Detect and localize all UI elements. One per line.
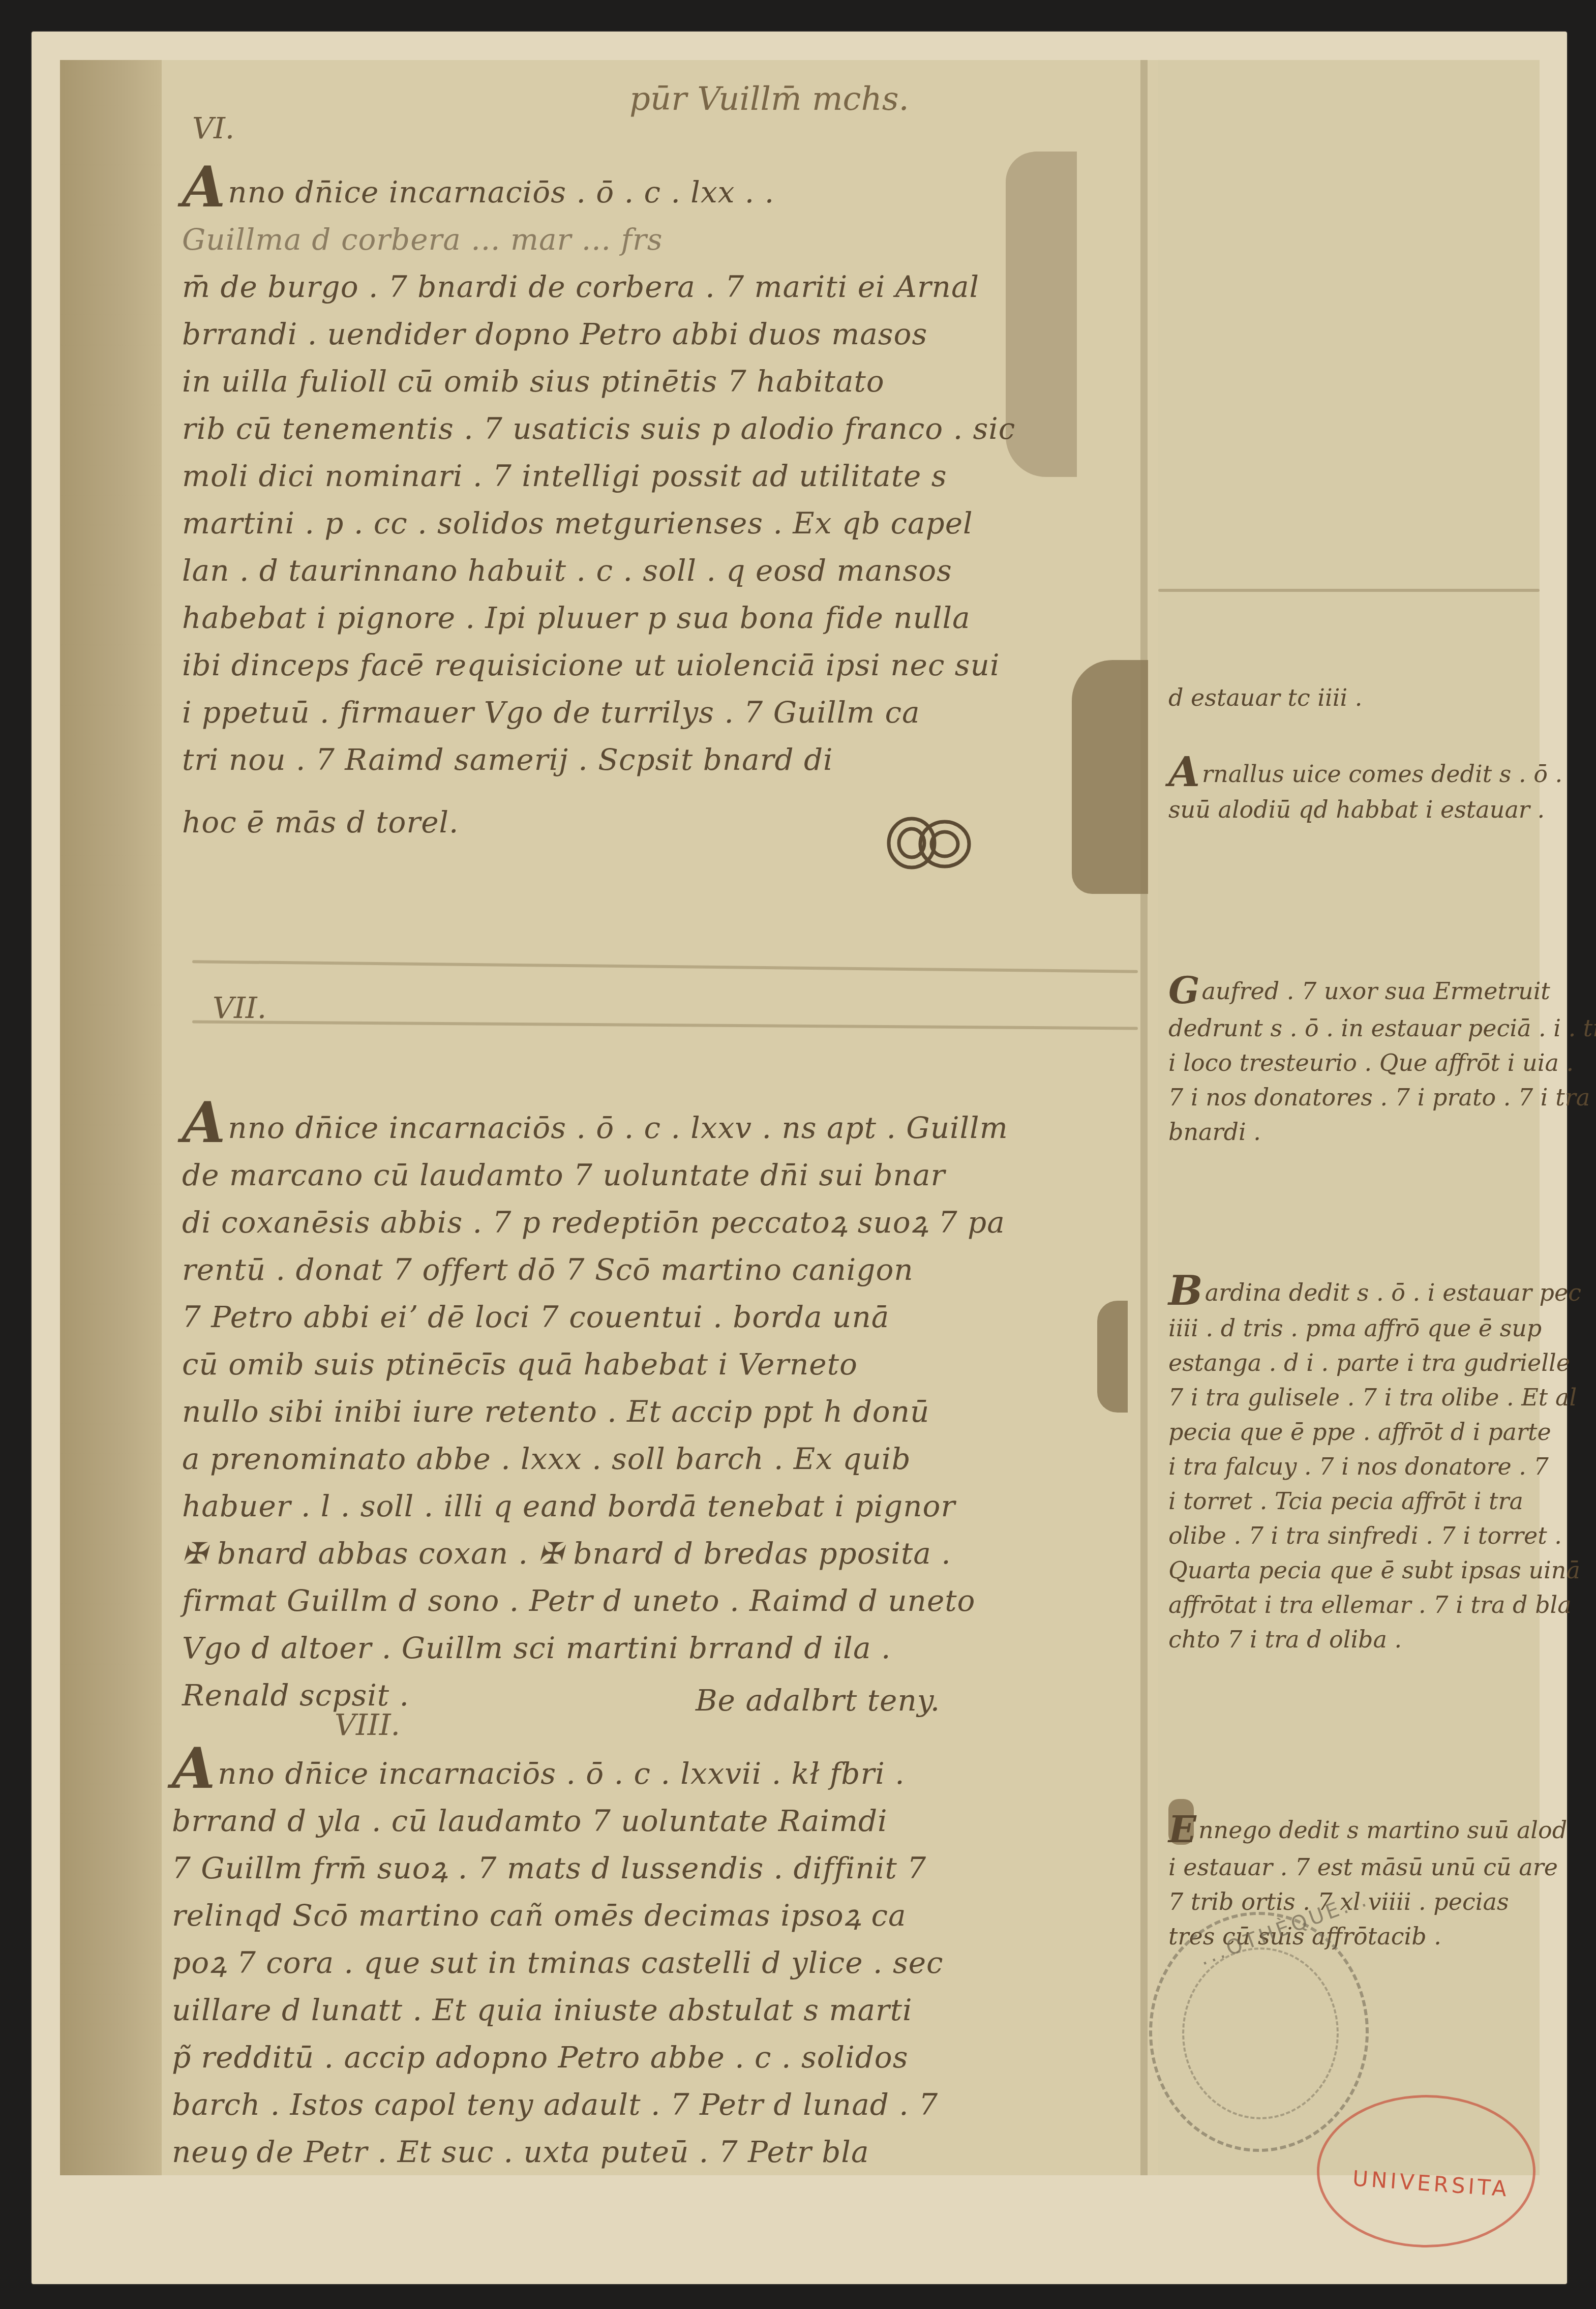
right-fragment-top: d estauar tc iiii . xyxy=(1168,680,1362,715)
initial-g: G xyxy=(1168,969,1200,1012)
left-binding-strip xyxy=(60,60,162,2175)
section-vii-note: Be adalbrt teny. xyxy=(696,1677,940,1724)
entry-gaufred: Gaufred . 7 uxor sua Ermetruit dedrunt s… xyxy=(1168,970,1596,1149)
seam-right xyxy=(1140,60,1148,2175)
initial-a: A xyxy=(182,154,226,220)
entry-bardina: Bardina dedit s . ō . i estauar pec iiii… xyxy=(1168,1270,1581,1657)
initial-a: A xyxy=(182,1090,226,1155)
entry-arnallus: Arnallus uice comes dedit s . ō . suū al… xyxy=(1168,752,1562,827)
tear-upper xyxy=(1006,152,1077,477)
initial-a: A xyxy=(172,1735,216,1801)
tear-lower xyxy=(1097,1301,1128,1413)
header-line: pūr Vuillm̄ mchs. xyxy=(629,80,909,118)
tear-middle xyxy=(1072,660,1148,894)
section-vii-text: Anno dn̄ice incarnaciōs . ō . c . lxxv .… xyxy=(182,1102,1008,1719)
spiral-notarial-mark-icon xyxy=(884,813,975,874)
initial-b: B xyxy=(1168,1267,1203,1314)
section-numeral-vii: VII. xyxy=(213,991,266,1025)
manuscript-photograph: pūr Vuillm̄ mchs. VI. Anno dn̄ice incarn… xyxy=(60,60,1540,2175)
initial-e: E xyxy=(1168,1808,1196,1851)
section-viii-text: Anno dn̄ice incarnaciōs . ō . c . lxxvii… xyxy=(172,1748,943,2176)
initial-a: A xyxy=(1168,748,1200,796)
section-vi-text: Anno dn̄ice incarnaciōs . ō . c . lxx . … xyxy=(182,167,1015,846)
section-numeral-vi: VI. xyxy=(192,111,234,145)
library-stamp-grey-inner xyxy=(1182,1947,1339,2119)
fold-line xyxy=(1158,589,1540,592)
section-numeral-viii: VIII. xyxy=(335,1707,400,1742)
